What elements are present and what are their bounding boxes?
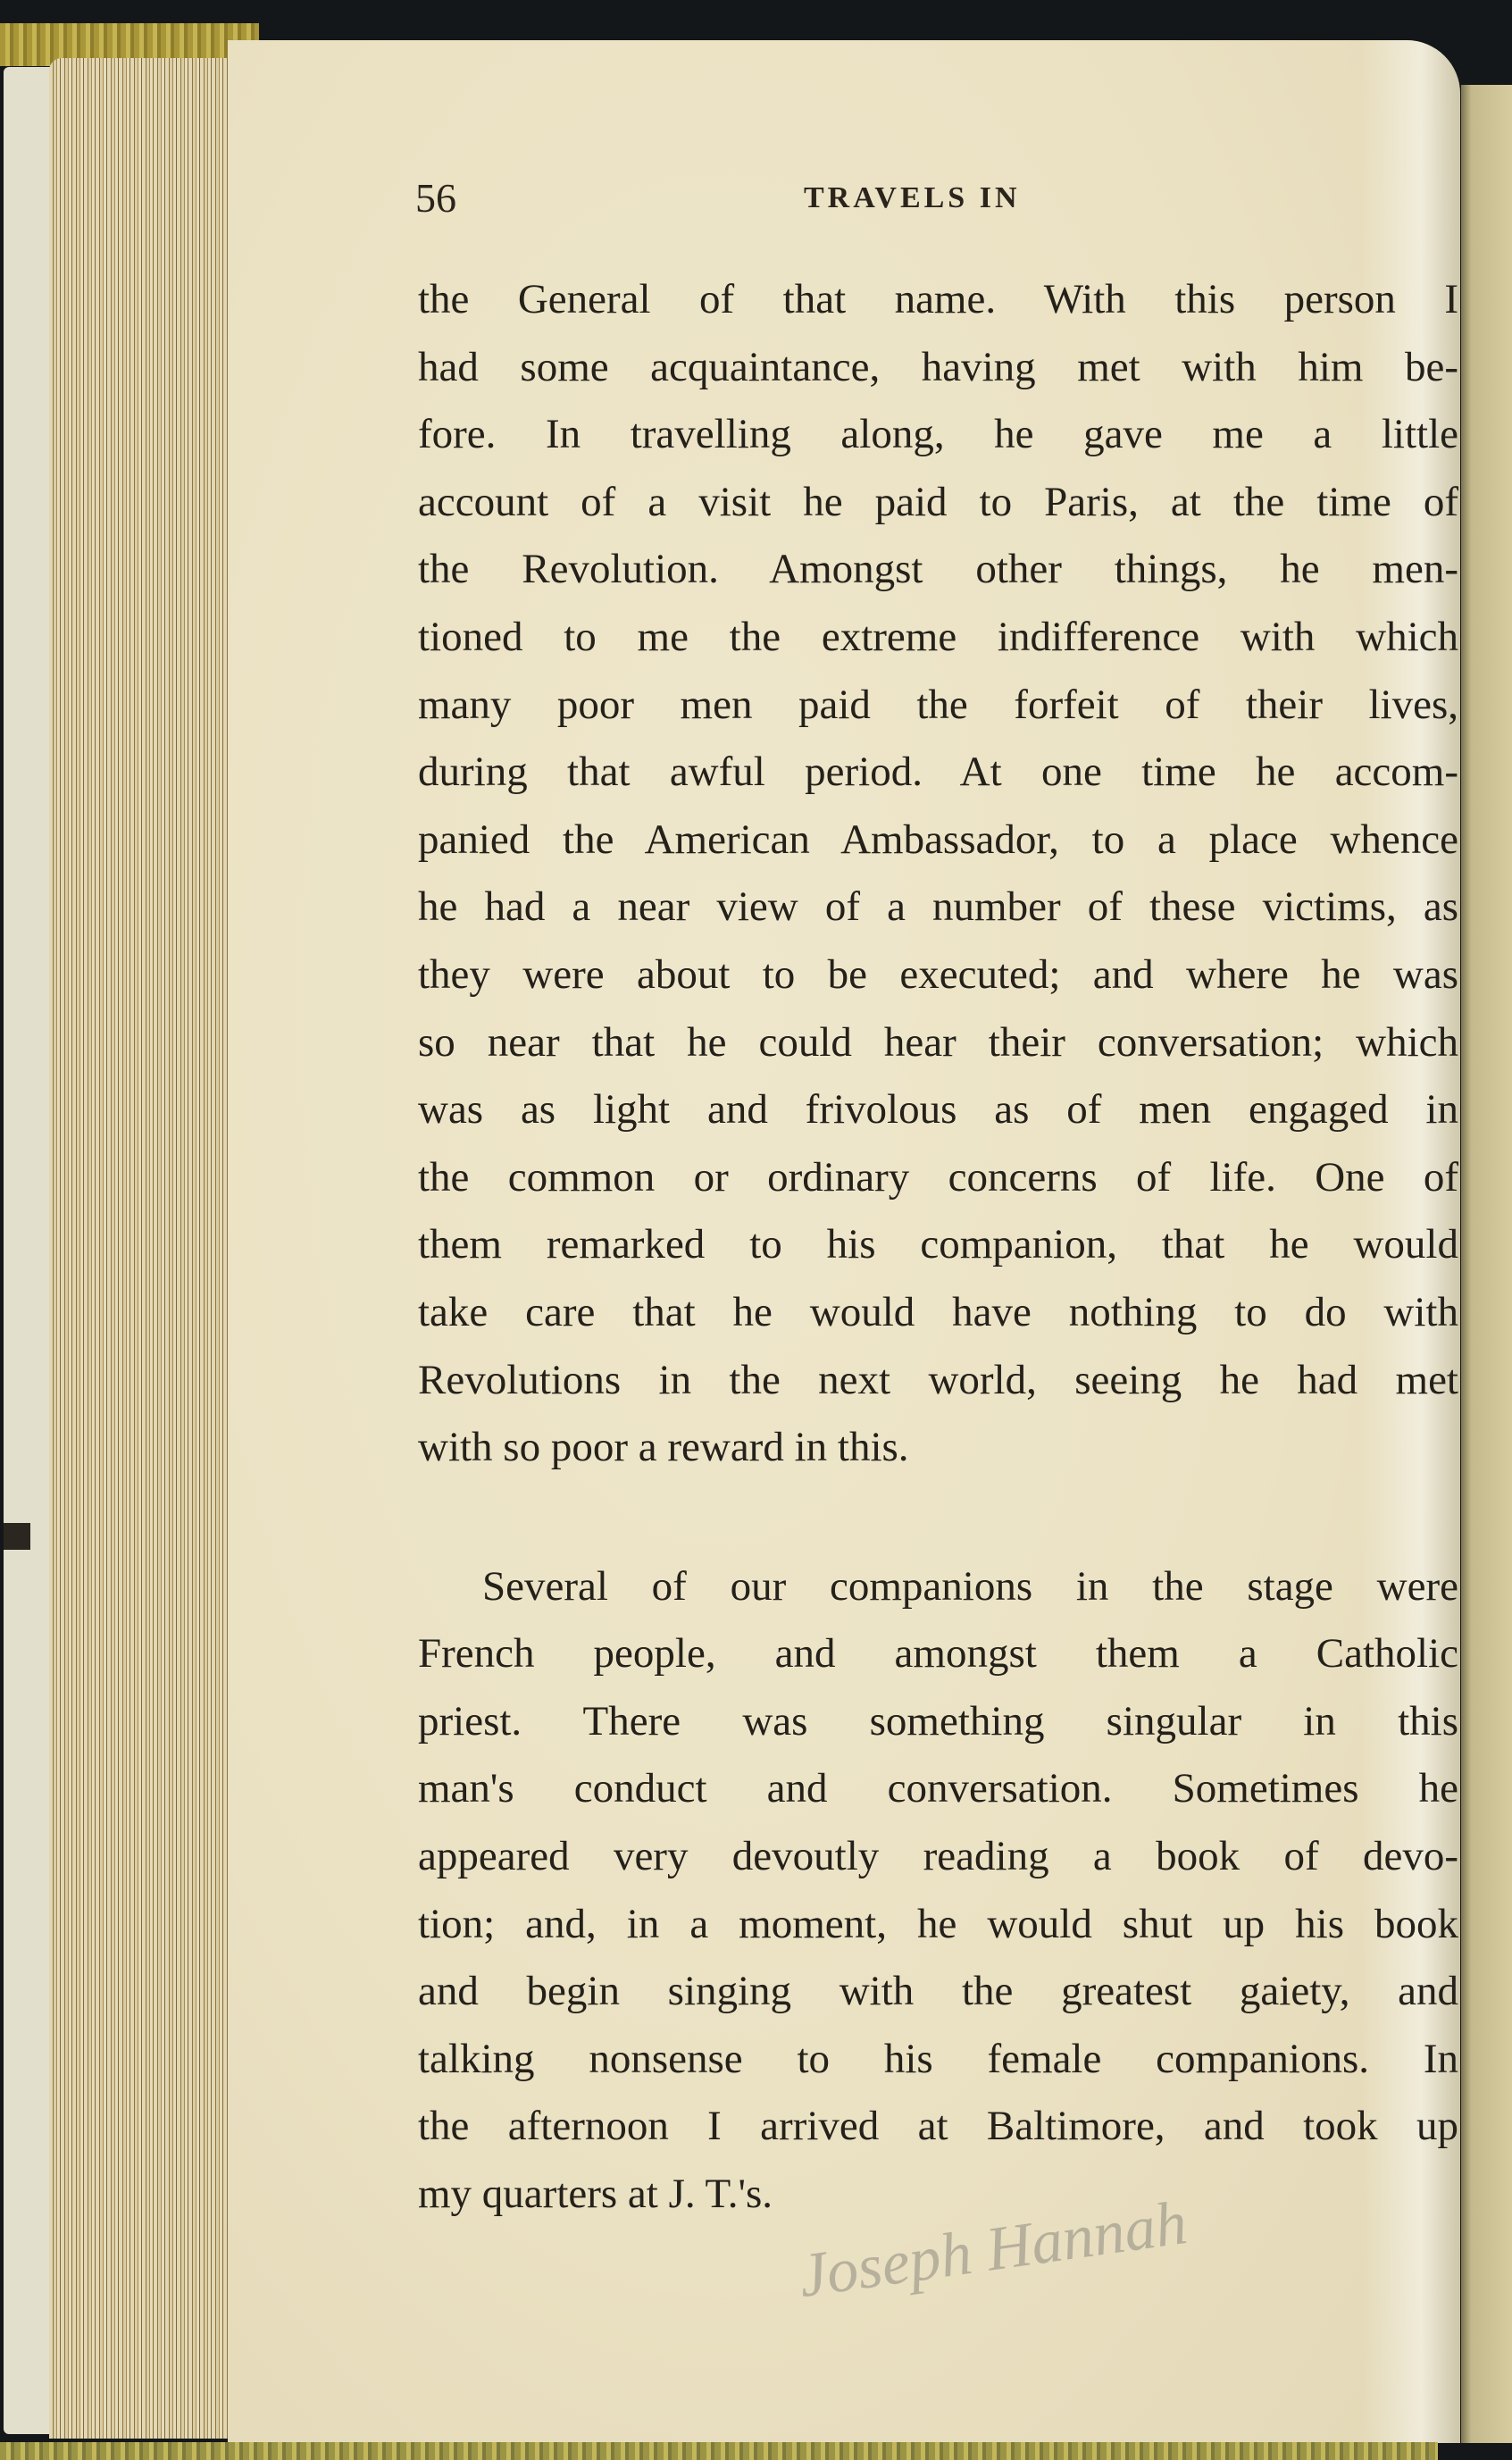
gilt-edge-bottom bbox=[0, 2442, 1438, 2460]
text-line: he had a near view of a number of these … bbox=[418, 874, 1458, 941]
text-line: appeared very devoutly reading a book of… bbox=[418, 1823, 1458, 1891]
text-line: tioned to me the extreme indifference wi… bbox=[418, 604, 1458, 672]
text-line: Revolutions in the next world, seeing he… bbox=[418, 1347, 1458, 1415]
flyleaf-tear bbox=[4, 1523, 30, 1550]
page-stack-edges bbox=[49, 58, 228, 2439]
text-line: fore. In travelling along, he gave me a … bbox=[418, 401, 1458, 469]
adjacent-page-edge bbox=[1461, 85, 1512, 2443]
paragraph-1: the General of that name. With this pers… bbox=[418, 266, 1458, 1482]
text-line: during that awful period. At one time he… bbox=[418, 739, 1458, 807]
text-line: them remarked to his companion, that he … bbox=[418, 1211, 1458, 1279]
text-line: the common or ordinary concerns of life.… bbox=[418, 1144, 1458, 1212]
running-head: 56 TRAVELS IN bbox=[415, 174, 1112, 228]
paragraph-2: Several of our companions in the stage w… bbox=[418, 1553, 1458, 2229]
running-head-title: TRAVELS IN bbox=[804, 181, 1021, 215]
text-line: account of a visit he paid to Paris, at … bbox=[418, 469, 1458, 537]
text-line: was as light and frivolous as of men eng… bbox=[418, 1076, 1458, 1144]
text-line: tion; and, in a moment, he would shut up… bbox=[418, 1891, 1458, 1959]
text-line: and begin singing with the greatest gaie… bbox=[418, 1958, 1458, 2026]
text-line: Several of our companions in the stage w… bbox=[418, 1553, 1458, 1621]
text-line: priest. There was something singular in … bbox=[418, 1688, 1458, 1756]
paragraph-gap bbox=[418, 1482, 1458, 1553]
text-line: the General of that name. With this pers… bbox=[418, 266, 1458, 334]
text-line: so near that he could hear their convers… bbox=[418, 1009, 1458, 1077]
text-line: panied the American Ambassador, to a pla… bbox=[418, 807, 1458, 874]
text-line: the Revolution. Amongst other things, he… bbox=[418, 536, 1458, 604]
text-line: take care that he would have nothing to … bbox=[418, 1279, 1458, 1347]
text-line: French people, and amongst them a Cathol… bbox=[418, 1620, 1458, 1688]
text-line: talking nonsense to his female companion… bbox=[418, 2026, 1458, 2094]
text-line: my quarters at J. T.'s. bbox=[418, 2161, 1458, 2229]
text-line: with so poor a reward in this. bbox=[418, 1414, 1458, 1482]
text-line: many poor men paid the forfeit of their … bbox=[418, 672, 1458, 740]
body-text: the General of that name. With this pers… bbox=[418, 266, 1458, 2229]
text-line: man's conduct and conversation. Sometime… bbox=[418, 1755, 1458, 1823]
text-line: the afternoon I arrived at Baltimore, an… bbox=[418, 2093, 1458, 2161]
text-line: they were about to be executed; and wher… bbox=[418, 941, 1458, 1009]
text-line: had some acquaintance, having met with h… bbox=[418, 334, 1458, 402]
page-number: 56 bbox=[415, 174, 456, 222]
